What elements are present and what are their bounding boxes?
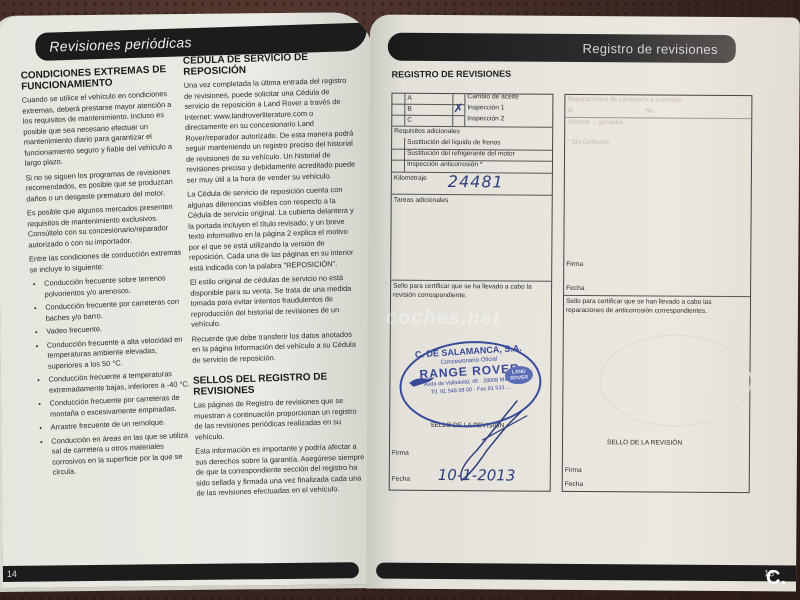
report-label: Informe ... garantía: [567, 119, 623, 126]
left-footer: 14: [3, 562, 359, 582]
anticorrosion-caption: Sello para certificar que se han llevado…: [566, 297, 736, 316]
inspection-2-label: Inspección 2: [467, 115, 504, 122]
brand-mark: C.: [766, 567, 786, 590]
list-item: Conducción frecuente por carreteras con …: [45, 296, 192, 324]
paragraph: Entre las condiciones de conducción extr…: [29, 247, 190, 275]
oil-change-label: Cambio de aceite: [467, 93, 518, 100]
signature-scribble-icon: [427, 395, 538, 486]
anticorrosion-label: Inspección anticorrosión *: [407, 161, 483, 169]
jaguar-logo-icon: [407, 373, 438, 389]
no-defects-label: * Sin Defectos: [567, 139, 609, 146]
list-item: Conducción frecuente por carreteras de m…: [49, 392, 196, 420]
anticorrosion-box: Reparaciones de carrocería y corrosión S…: [562, 94, 753, 493]
stamp-caption: Sello para certificar que se ha llevado …: [393, 282, 533, 301]
extreme-conditions-column: CONDICIONES EXTREMAS DE FUNCIONAMIENTO C…: [20, 63, 199, 481]
paragraph: Si no se siguen los programas de revisio…: [25, 166, 186, 205]
paragraph: Cuando se utilice el vehículo en condici…: [22, 88, 185, 169]
paragraph: Una vez completada la última entrada del…: [184, 76, 357, 186]
signature-label: Firma: [566, 261, 583, 268]
list-item: Conducción frecuente a temperaturas extr…: [48, 368, 195, 396]
left-page: Revisiones periódicas CONDICIONES EXTREM…: [0, 12, 378, 588]
additional-requirements-label: Requisitos adicionales: [394, 128, 460, 135]
replacement-heading: CÉDULA DE SERVICIO DE REPOSICIÓN: [183, 51, 354, 78]
additional-tasks-label: Tareas adicionales: [394, 197, 449, 204]
stamps-heading: SELLOS DEL REGISTRO DE REVISIONES: [193, 370, 364, 397]
paragraph: Esta información es importante y podría …: [195, 441, 367, 499]
paragraph: Las páginas de Registro de revisiones qu…: [194, 395, 365, 442]
bodywork-label: Reparaciones de carrocería y corrosión: [567, 96, 682, 104]
paragraph: El estilo original de cédulas de servici…: [190, 272, 362, 330]
signature-label: Firma: [392, 450, 409, 457]
date-label: Fecha: [566, 285, 584, 292]
watermark: coches.net: [386, 307, 501, 331]
mileage-value[interactable]: 24481: [448, 172, 504, 191]
extreme-conditions-heading: CONDICIONES EXTREMAS DE FUNCIONAMIENTO: [20, 63, 181, 92]
land-rover-logo-icon: LAND ROVER: [504, 365, 533, 385]
brake-fluid-label: Sustitución del líquido de frenos: [407, 139, 501, 147]
right-page: Registro de revisiones REGISTRO DE REVIS…: [366, 15, 800, 592]
service-row-c: C: [407, 117, 412, 124]
no-label: No: [645, 107, 653, 114]
paragraph: Recuerde que debe transferir los datos a…: [192, 329, 363, 366]
form-title: REGISTRO DE REVISIONES: [392, 69, 512, 80]
inspection-1-label: Inspección 1: [467, 104, 504, 111]
list-item: Conducción frecuente sobre terrenos polv…: [44, 272, 191, 300]
seal-label: SELLO DE LA REVISIÓN: [607, 439, 682, 447]
replacement-booklet-column: CÉDULA DE SERVICIO DE REPOSICIÓN Una vez…: [183, 51, 367, 504]
page-number: 14: [7, 569, 17, 579]
empty-stamp-area: [599, 334, 752, 427]
service-row-b: B: [407, 106, 411, 113]
service-row-a: A: [407, 95, 411, 102]
paragraph: Es posible que algunos mercados presente…: [27, 201, 189, 250]
date-label: Fecha: [392, 476, 410, 483]
inspection-1-checkmark-icon[interactable]: ✗: [453, 101, 463, 115]
list-item: Conducción en áreas en las que se utiliz…: [51, 430, 199, 479]
right-footer: 15: [376, 563, 796, 582]
signature-label: Firma: [565, 467, 582, 474]
mileage-label: Kilometraje: [394, 175, 427, 182]
yes-label: Sí: [567, 107, 573, 114]
conditions-list: Conducción frecuente sobre terrenos polv…: [30, 272, 199, 479]
coolant-label: Sustitución del refrigerante del motor: [407, 150, 515, 158]
right-header: Registro de revisiones: [388, 33, 736, 63]
paragraph: La Cédula de servicio de reposición cuen…: [187, 184, 360, 273]
list-item: Conducción frecuente a alta velocidad en…: [47, 334, 194, 372]
date-label: Fecha: [565, 481, 583, 488]
